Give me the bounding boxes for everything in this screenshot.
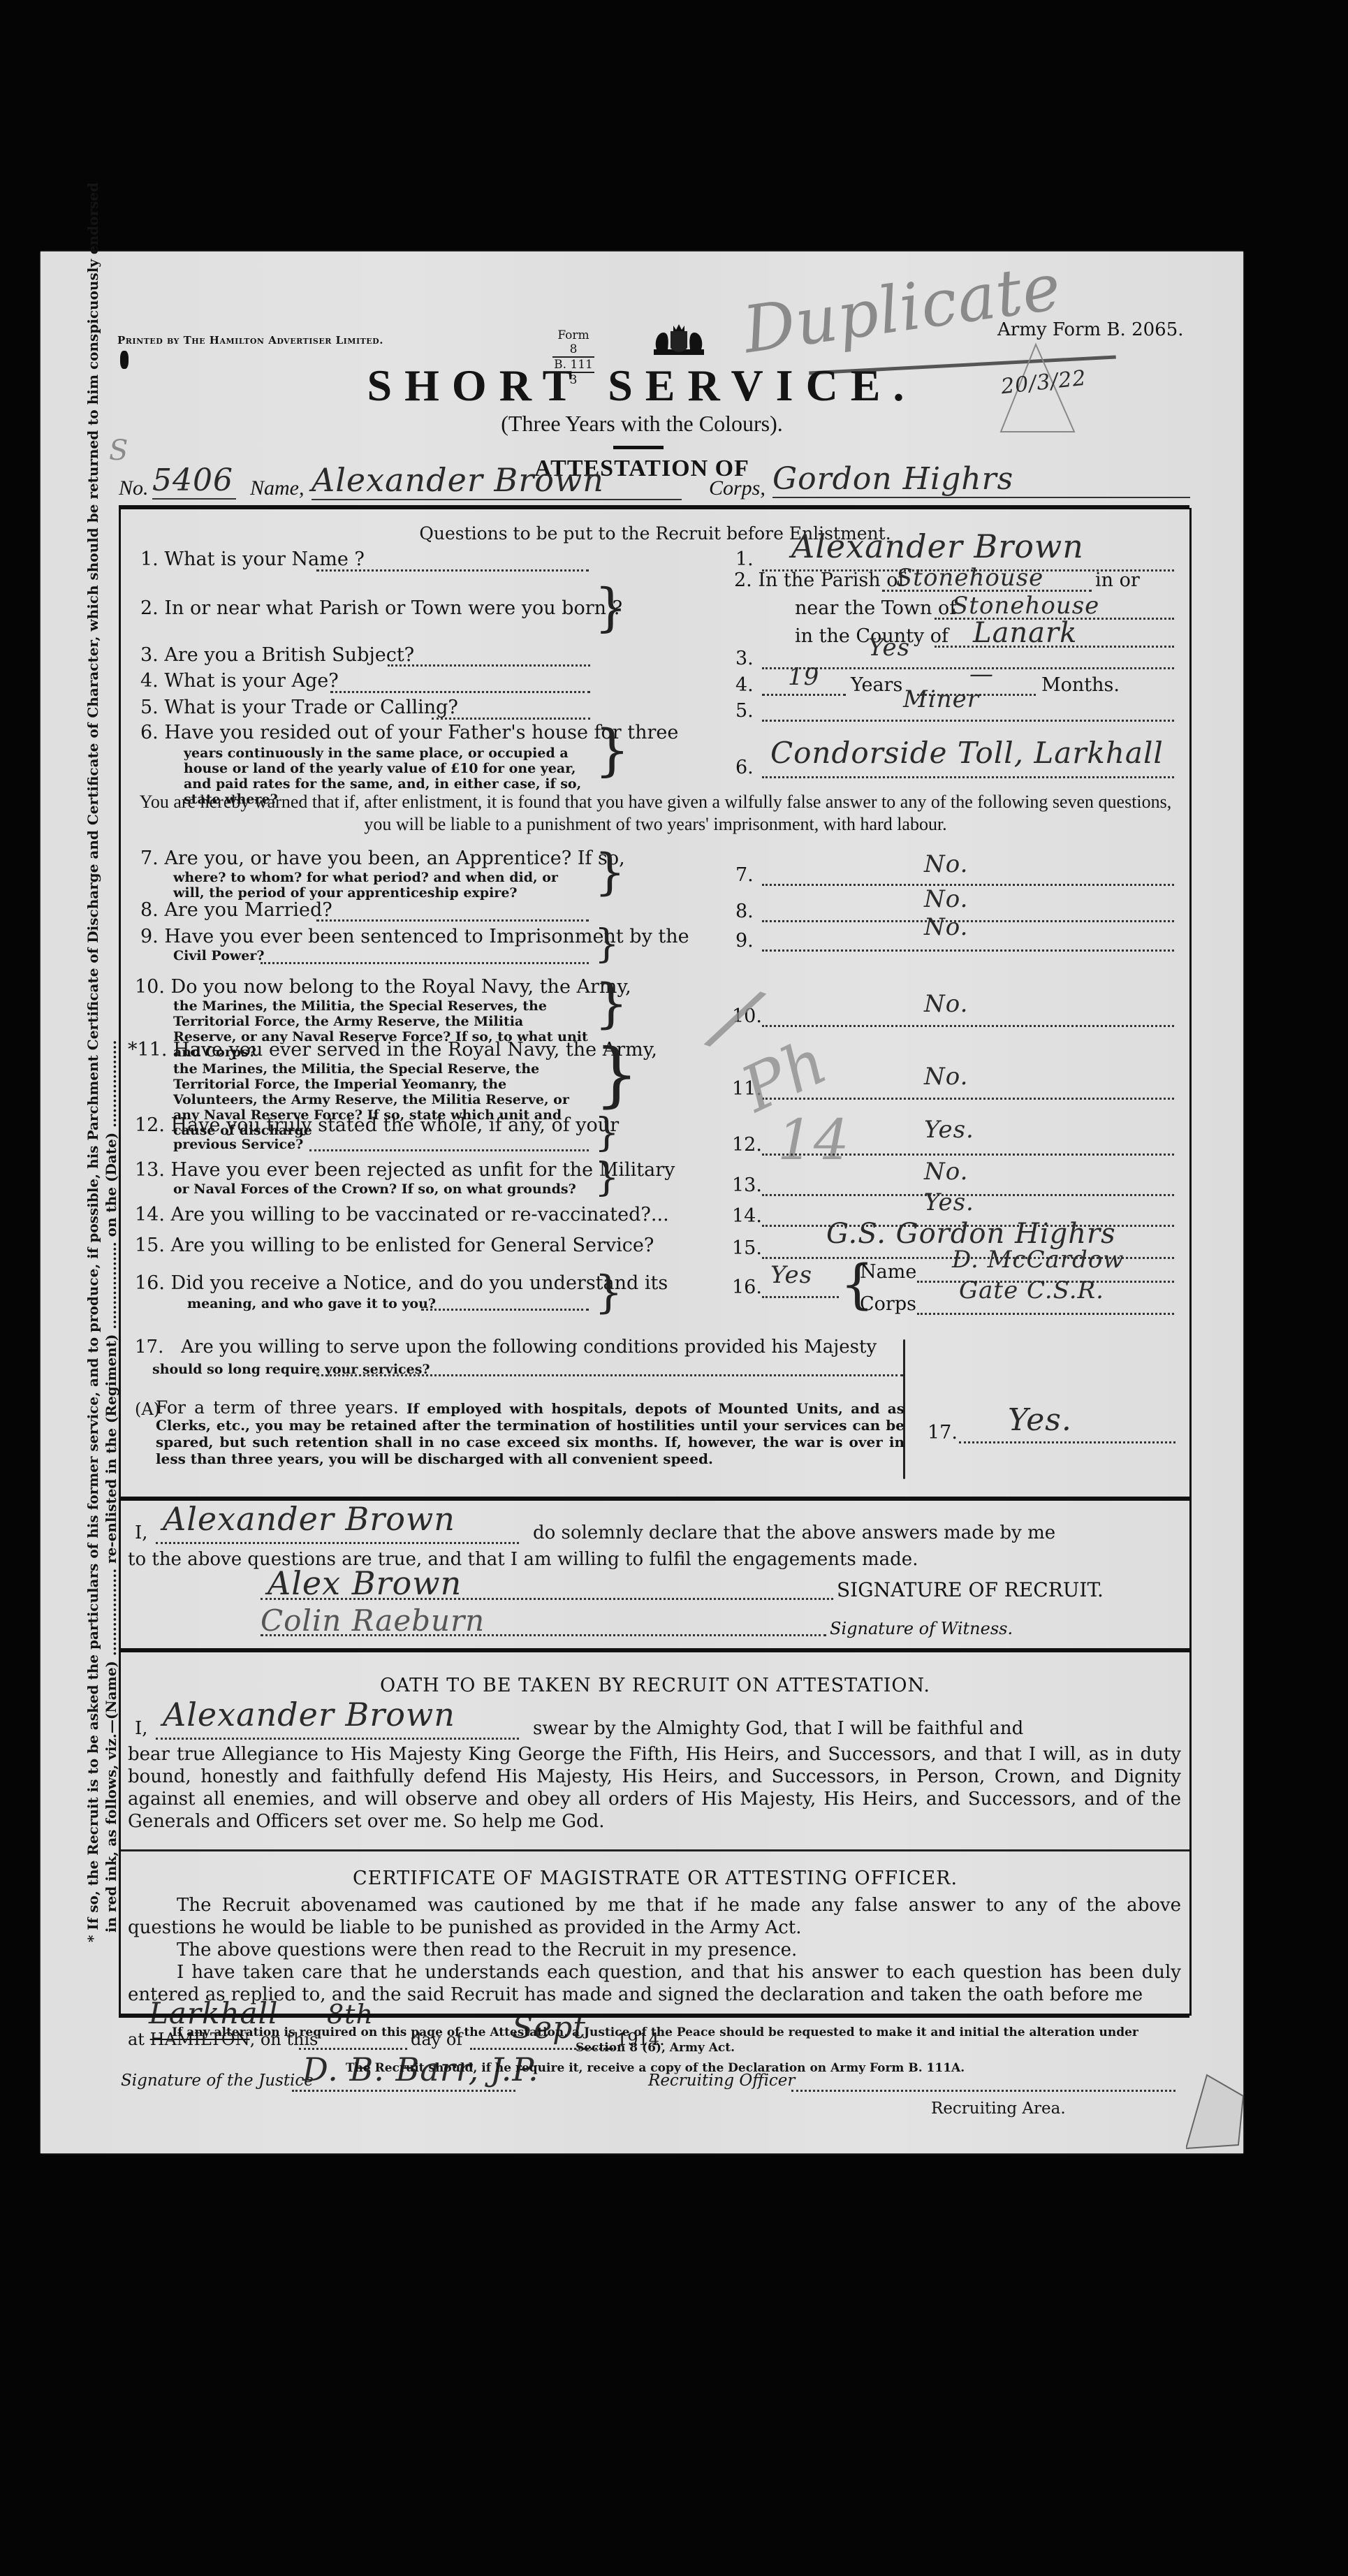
false-answer-warning: You are hereby warned that if, after enl… — [126, 791, 1185, 836]
oath-prefix: I, — [135, 1718, 148, 1739]
answer-9-line — [762, 949, 1174, 952]
answer-12-number: 12. — [732, 1134, 762, 1156]
answer-10-field[interactable]: No. — [924, 990, 968, 1018]
brace: } — [594, 718, 630, 783]
notice-corps-field[interactable]: Gate C.S.R. — [959, 1276, 1104, 1304]
answer-6-field[interactable]: Condorside Toll, Larkhall — [770, 736, 1164, 770]
answer-4-years-field[interactable]: 19 — [788, 663, 819, 691]
answer-12-line — [762, 1154, 1174, 1156]
answer-3-line — [762, 667, 1174, 669]
answer-14-field[interactable]: Yes. — [924, 1188, 974, 1216]
recruit-name-field[interactable]: Alexander Brown — [312, 461, 682, 500]
question-2: 2. In or near what Parish or Town were y… — [140, 597, 622, 619]
answer-17-line — [959, 1441, 1175, 1443]
question-3: 3. Are you a British Subject? — [140, 644, 414, 666]
margin-note-line-1: * If so, the Recruit is to be asked the … — [84, 335, 102, 1942]
question-10: 10. Do you now belong to the Royal Navy,… — [135, 976, 631, 998]
question-14: 14. Are you willing to be vaccinated or … — [135, 1204, 669, 1225]
oath-rule — [121, 1648, 1189, 1652]
footer-declaration-note: The Recruit should, if he require it, re… — [145, 2061, 1165, 2075]
declaration-text-1: do solemnly declare that the above answe… — [533, 1522, 1055, 1543]
recruiting-area-label: Recruiting Area. — [931, 2100, 1066, 2118]
notice-name-label: Name — [860, 1261, 916, 1283]
answer-15-number: 15. — [732, 1237, 762, 1259]
oath-heading: OATH TO BE TAKEN BY RECRUIT ON ATTESTATI… — [121, 1675, 1189, 1696]
answer-1-number: 1. — [735, 548, 754, 570]
printer-credit: Printed by The Hamilton Advertiser Limit… — [117, 334, 383, 347]
answer-17-field[interactable]: Yes. — [1008, 1402, 1072, 1438]
answer-3-number: 3. — [735, 648, 754, 669]
recruit-corps-field[interactable]: Gordon Highrs — [772, 461, 1190, 498]
certificate-rule — [121, 1849, 1189, 1851]
months-label: Months. — [1041, 674, 1120, 696]
years-label: Years — [851, 674, 902, 696]
answer-5-line — [762, 720, 1174, 722]
witness-signature-label: Signature of Witness. — [830, 1619, 1013, 1638]
form-ref-line1: Form 8 — [552, 328, 594, 356]
brace: } — [594, 1033, 639, 1115]
page-title: SHORT SERVICE. — [41, 360, 1243, 412]
answer-9-field[interactable]: No. — [924, 913, 968, 941]
answer-9-number: 9. — [735, 930, 754, 952]
question-17: 17. Are you willing to serve upon the fo… — [135, 1337, 877, 1358]
answer-4-months-field[interactable]: — — [969, 660, 994, 688]
answer-11-line — [762, 1098, 1174, 1100]
question-16-detail: meaning, and who gave it to you? — [187, 1296, 436, 1311]
brace: } — [594, 1110, 620, 1156]
answer-13-number: 13. — [732, 1174, 762, 1196]
oath-name-field[interactable]: Alexander Brown — [163, 1696, 455, 1733]
justice-signature-line — [292, 2090, 515, 2092]
answer-6-number: 6. — [735, 757, 754, 778]
question-12-leader — [309, 1149, 589, 1151]
answer-2-parish-field[interactable]: Stonehouse — [896, 564, 1043, 592]
recruit-number-field[interactable]: 5406 — [152, 463, 236, 500]
question-16: 16. Did you receive a Notice, and do you… — [135, 1272, 668, 1294]
title-rule — [613, 446, 664, 449]
oath-name-line — [156, 1738, 519, 1740]
question-5: 5. What is your Trade or Calling? — [140, 697, 458, 718]
army-form-number: Army Form B. 2065. — [997, 319, 1184, 340]
answer-2-county-field[interactable]: Lanark — [973, 617, 1077, 649]
recruit-signature-label: SIGNATURE OF RECRUIT. — [837, 1578, 1104, 1601]
brace: } — [594, 972, 628, 1034]
question-12: 12. Have you truly stated the whole, if … — [135, 1114, 619, 1136]
answer-2-parish-label: 2. In the Parish of — [734, 569, 904, 591]
question-17-leader — [316, 1374, 903, 1376]
answer-14-number: 14. — [732, 1205, 762, 1227]
answer-1-field[interactable]: Alexander Brown — [791, 527, 1084, 565]
question-7: 7. Are you, or have you been, an Apprent… — [140, 847, 625, 869]
question-5-leader — [432, 718, 590, 720]
number-label: No. — [119, 476, 149, 500]
answer-12-field[interactable]: Yes. — [924, 1116, 974, 1144]
notice-corps-label: Corps — [860, 1293, 916, 1315]
condition-a-text: For a term of three years. If employed w… — [156, 1399, 904, 1467]
notice-corps-line — [917, 1313, 1174, 1315]
answer-5-number: 5. — [735, 700, 754, 722]
folded-corner — [1186, 2068, 1243, 2152]
footer-alteration-note: If any alteration is required on this pa… — [145, 2025, 1165, 2055]
certificate-paragraph-1: The Recruit abovenamed was cautioned by … — [128, 1894, 1181, 1939]
oath-text-first: swear by the Almighty God, that I will b… — [533, 1718, 1023, 1739]
answer-16-number: 16. — [732, 1276, 762, 1298]
question-11: *11. Have you ever served in the Royal N… — [128, 1039, 657, 1061]
question-1-leader — [316, 569, 589, 572]
answer-5-field[interactable]: Miner — [903, 685, 979, 713]
page-subtitle: (Three Years with the Colours). — [41, 411, 1243, 437]
answer-7-field[interactable]: No. — [924, 850, 968, 878]
margin-note-line-2: in red ink, as follows, viz.—(Name) ....… — [102, 335, 120, 1942]
attestation-form-page: Printed by The Hamilton Advertiser Limit… — [41, 252, 1243, 2153]
answer-4-number: 4. — [735, 674, 754, 696]
questions-box: Questions to be put to the Recruit befor… — [119, 508, 1192, 2016]
answer-10-line — [762, 1025, 1174, 1027]
question-8: 8. Are you Married? — [140, 899, 332, 921]
declaration-text-2: to the above questions are true, and tha… — [128, 1549, 918, 1570]
recruit-signature-field[interactable]: Alex Brown — [268, 1564, 462, 1602]
royal-crest-icon — [650, 321, 708, 361]
witness-signature-field[interactable]: Colin Raeburn — [261, 1603, 485, 1638]
question-9-leader — [261, 962, 589, 964]
bottom-thick-rule — [119, 2014, 1189, 2018]
answer-4-years-line — [762, 694, 846, 696]
answer-8-field[interactable]: No. — [924, 885, 968, 913]
answer-7-number: 7. — [735, 864, 754, 886]
answer-2-town-field[interactable]: Stonehouse — [952, 592, 1099, 620]
name-label: Name, — [250, 476, 305, 500]
pencil-mark-number: 14 — [777, 1107, 850, 1172]
brace: } — [594, 578, 627, 638]
answer-6-line — [762, 776, 1174, 778]
brace: } — [594, 1155, 620, 1200]
answer-2-town-label: near the Town of — [795, 597, 956, 619]
corps-label: Corps, — [709, 476, 765, 500]
question-13-detail: or Naval Forces of the Crown? If so, on … — [173, 1181, 576, 1197]
question-1: 1. What is your Name ? — [140, 548, 365, 570]
answer-3-field[interactable]: Yes — [868, 634, 910, 662]
question-12-detail: previous Service? — [173, 1137, 303, 1152]
answer-16-line — [762, 1296, 839, 1298]
answer-17-number: 17. — [928, 1422, 958, 1443]
answer-16-field[interactable]: Yes — [770, 1261, 812, 1289]
oath-text: bear true Allegiance to His Majesty King… — [128, 1743, 1181, 1833]
certificate-heading: CERTIFICATE OF MAGISTRATE OR ATTESTING O… — [121, 1868, 1189, 1889]
notice-name-field[interactable]: D. McCardow — [952, 1246, 1124, 1274]
declaration-prefix: I, — [135, 1522, 148, 1543]
recruiting-officer-line — [791, 2090, 1175, 2092]
question-4-leader — [330, 691, 590, 693]
declaration-name-line — [156, 1542, 519, 1544]
question-8-leader — [316, 919, 589, 922]
question-9-detail: Civil Power? — [173, 948, 264, 963]
certificate-paragraph-3: I have taken care that he understands ea… — [128, 1961, 1181, 2006]
question-3-leader — [388, 664, 590, 667]
brace: } — [594, 843, 626, 901]
answer-2-suffix: in or — [1095, 569, 1140, 591]
answer-11-field[interactable]: No. — [924, 1063, 968, 1091]
answer-13-field[interactable]: No. — [924, 1158, 968, 1186]
declaration-name-field[interactable]: Alexander Brown — [163, 1500, 455, 1538]
question-16-leader — [421, 1309, 589, 1311]
question-4: 4. What is your Age? — [140, 670, 339, 692]
question-7-detail: where? to whom? for what period? and whe… — [173, 870, 588, 901]
brace: } — [594, 922, 620, 967]
margin-note: * If so, the Recruit is to be asked the … — [84, 335, 120, 1942]
question-15: 15. Are you willing to be enlisted for G… — [135, 1235, 654, 1256]
answer-8-number: 8. — [735, 901, 754, 922]
brace: } — [594, 1267, 623, 1318]
certificate-paragraph-2: The above questions were then read to th… — [128, 1939, 1181, 1961]
